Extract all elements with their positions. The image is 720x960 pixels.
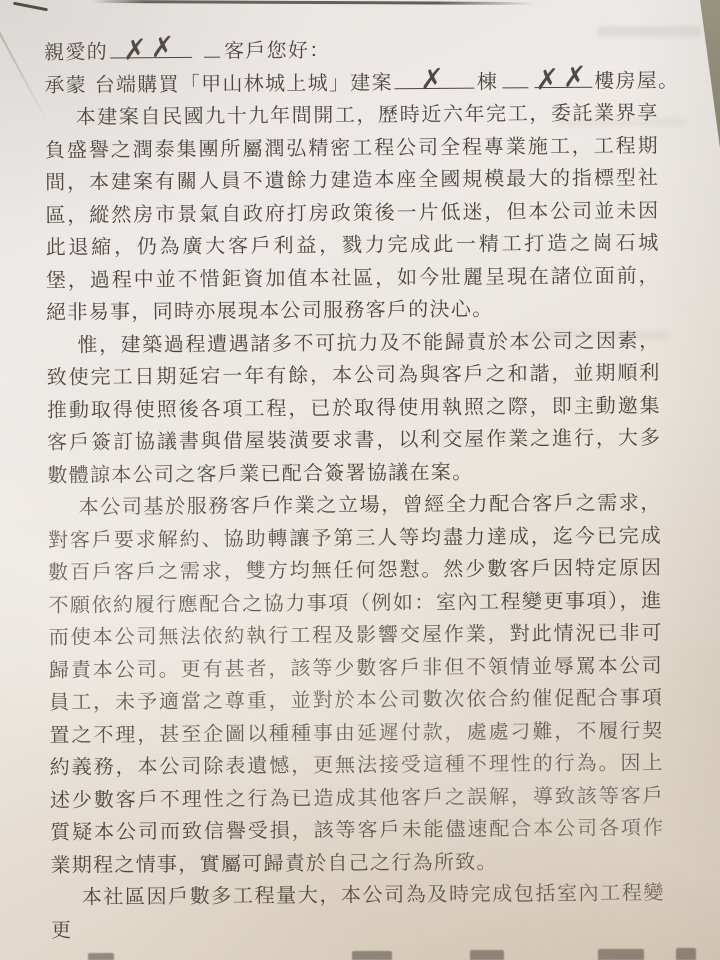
cropped-next-line-mark [470, 950, 504, 960]
customer-name-blank: ✗✗ [110, 37, 192, 59]
table-corner-top-right [700, 0, 720, 148]
paragraph-delay-explanation: 惟，建築過程遭遇諸多不可抗力及不能歸責於本公司之因素，致使完工日期延宕一年有餘，… [46, 324, 661, 491]
purchase-text-1: 承蒙 台端購買「甲山林城上城」建案 [44, 70, 393, 97]
purchase-line: 承蒙 台端購買「甲山林城上城」建案✗棟✗✗樓房屋。 [44, 64, 658, 101]
paragraph-construction-history: 本建案自民國九十九年間開工，歷時近六年完工，委託業界享負盛譽之潤泰集團所屬潤弘精… [45, 96, 661, 328]
ink-bleedthrough [520, 330, 670, 340]
paragraph-customer-service: 本公司基於服務客戶作業之立場，曾經全力配合客戶之需求，對客戶要求解約、協助轉讓予… [48, 486, 665, 881]
handwritten-customer-name: ✗✗ [123, 32, 179, 64]
photo-background: 親愛的✗✗客戶您好： 承蒙 台端購買「甲山林城上城」建案✗棟✗✗樓房屋。 本建案… [0, 0, 720, 960]
customer-name-blank-short [204, 37, 220, 58]
building-number-blank: ✗ [395, 67, 475, 89]
greeting-suffix: 客戶您好： [224, 38, 331, 63]
paper-crease-top-left [0, 24, 49, 124]
ink-bleedthrough [598, 26, 702, 37]
floor-number-blank: ✗✗ [534, 66, 592, 87]
paper-top-edge [92, 0, 534, 5]
greeting-prefix: 親愛的 [44, 39, 108, 64]
floor-number-blank-short [502, 67, 528, 88]
cropped-next-line-mark [598, 949, 644, 960]
cropped-next-line-mark [676, 948, 696, 960]
letter-page: 親愛的✗✗客戶您好： 承蒙 台端購買「甲山林城上城」建案✗棟✗✗樓房屋。 本建案… [0, 0, 720, 960]
purchase-text-2: 棟 [477, 69, 499, 93]
pen-mark-top-left [13, 2, 48, 12]
cropped-next-line-mark [352, 951, 392, 960]
letter-content: 親愛的✗✗客戶您好： 承蒙 台端購買「甲山林城上城」建案✗棟✗✗樓房屋。 本建案… [44, 31, 665, 946]
ink-bleedthrough [556, 118, 686, 127]
cropped-next-line-mark [88, 953, 114, 960]
purchase-text-3: 樓房屋。 [594, 68, 679, 93]
paragraph-community-scale: 本社區因戶數多工程量大，本公司為及時完成包括室內工程變更 [51, 876, 665, 946]
handwritten-floor-number: ✗✗ [535, 62, 591, 94]
handwritten-building-number: ✗ [420, 64, 449, 94]
